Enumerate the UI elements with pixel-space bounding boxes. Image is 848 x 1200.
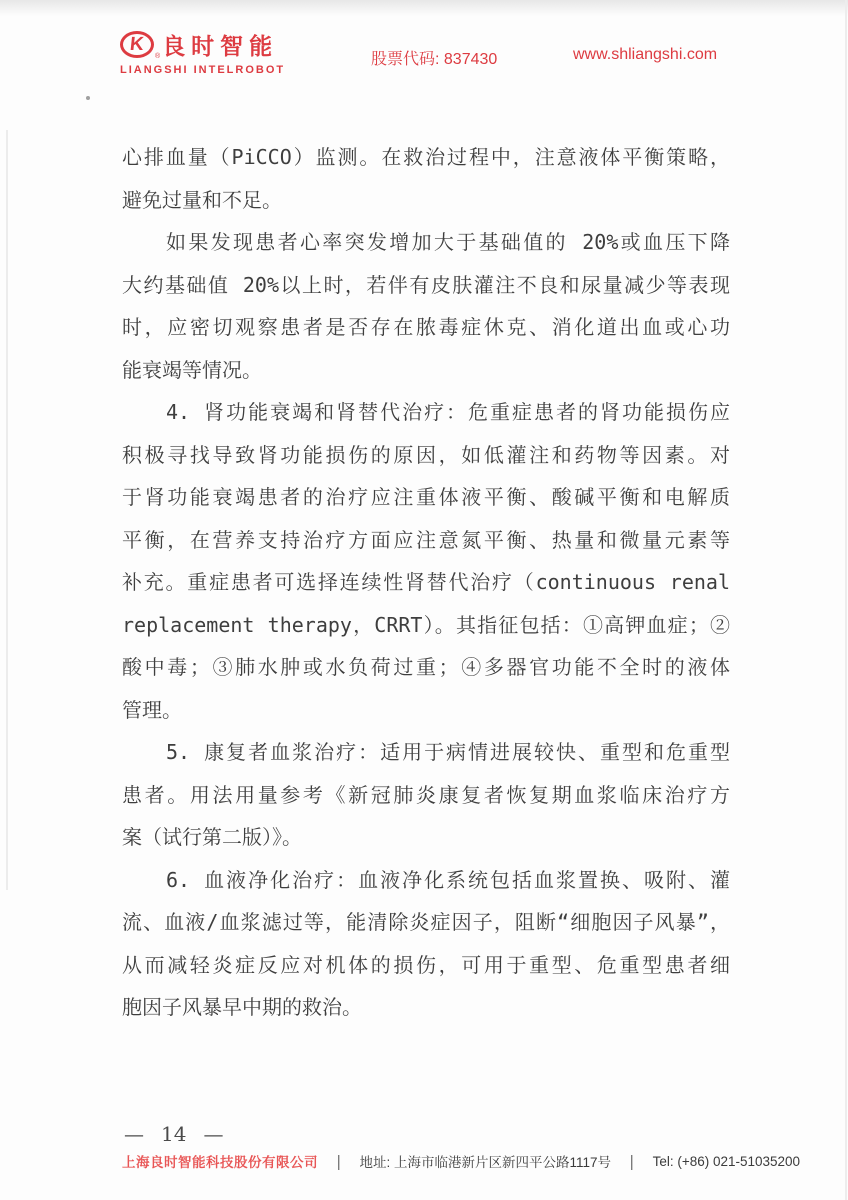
logo-cn-name: 良时智能 xyxy=(162,28,278,61)
scan-top-shade xyxy=(0,0,848,16)
page-footer: 上海良时智能科技股份有限公司 | 地址: 上海市临港新片区新四平公路1117号 … xyxy=(122,1151,722,1171)
body-text-line: 流、血液/血浆滤过等，能清除炎症因子，阻断“细胞因子风暴”， xyxy=(122,901,730,944)
footer-separator: | xyxy=(337,1152,341,1169)
body-text-line: 如果发现患者心率突发增加大于基础值的 20%或血压下降 xyxy=(122,221,730,264)
page-number-value: 14 xyxy=(161,1122,186,1146)
registered-trademark-icon: ® xyxy=(155,53,160,60)
logo-k-icon: K xyxy=(120,31,154,58)
logo-row: K ® 良时智能 xyxy=(120,28,285,60)
footer-telephone: Tel: (+86) 021-51035200 xyxy=(653,1154,801,1169)
footer-separator: | xyxy=(630,1152,634,1169)
body-text-line: 避免过量和不足。 xyxy=(122,179,730,222)
company-logo: K ® 良时智能 LIANGSHI INTELROBOT xyxy=(120,28,285,76)
page-number-dash-right: — xyxy=(203,1122,223,1146)
body-text-line: 大约基础值 20%以上时，若伴有皮肤灌注不良和尿量减少等表现 xyxy=(122,264,730,307)
body-text-line: 胞因子风暴早中期的救治。 xyxy=(122,986,730,1029)
body-text-line: 6. 血液净化治疗：血液净化系统包括血浆置换、吸附、灌 xyxy=(122,859,730,902)
body-text-line: 4. 肾功能衰竭和肾替代治疗：危重症患者的肾功能损伤应 xyxy=(122,391,730,434)
body-text-line: 患者。用法用量参考《新冠肺炎康复者恢复期血浆临床治疗方 xyxy=(122,774,730,817)
document-body: 心排血量（PiCCO）监测。在救治过程中，注意液体平衡策略，避免过量和不足。如果… xyxy=(122,136,730,1029)
body-text-line: 能衰竭等情况。 xyxy=(122,349,730,392)
footer-company-name: 上海良时智能科技股份有限公司 xyxy=(122,1151,318,1171)
stock-code: 股票代码: 837430 xyxy=(371,46,497,69)
scan-edge-line-left xyxy=(6,130,8,890)
body-text-line: 管理。 xyxy=(122,689,730,732)
body-text-line: 时，应密切观察患者是否存在脓毒症休克、消化道出血或心功 xyxy=(122,306,730,349)
body-text-line: 案（试行第二版）》。 xyxy=(122,816,730,859)
page-number-dash-left: — xyxy=(124,1122,144,1146)
page-number: — 14 — xyxy=(124,1122,223,1146)
scan-edge-line-right xyxy=(845,0,847,1200)
scan-artifact-dot xyxy=(86,96,90,100)
logo-k-letter: K xyxy=(129,35,145,54)
body-text-line: 平衡，在营养支持治疗方面应注意氮平衡、热量和微量元素等 xyxy=(122,519,730,562)
website-url: www.shliangshi.com xyxy=(573,46,717,64)
document-page: K ® 良时智能 LIANGSHI INTELROBOT 股票代码: 83743… xyxy=(0,0,848,1200)
body-text-line: 从而减轻炎症反应对机体的损伤，可用于重型、危重型患者细 xyxy=(122,944,730,987)
body-text-line: 于肾功能衰竭患者的治疗应注重体液平衡、酸碱平衡和电解质 xyxy=(122,476,730,519)
body-text-line: replacement therapy，CRRT）。其指征包括：①高钾血症；② xyxy=(122,604,730,647)
body-text-line: 积极寻找导致肾功能损伤的原因，如低灌注和药物等因素。对 xyxy=(122,434,730,477)
body-text-line: 酸中毒；③肺水肿或水负荷过重；④多器官功能不全时的液体 xyxy=(122,646,730,689)
footer-address: 地址: 上海市临港新片区新四平公路1117号 xyxy=(360,1151,612,1171)
body-text-line: 5. 康复者血浆治疗：适用于病情进展较快、重型和危重型 xyxy=(122,731,730,774)
logo-en-name: LIANGSHI INTELROBOT xyxy=(120,64,285,76)
body-text-line: 补充。重症患者可选择连续性肾替代治疗（continuous renal xyxy=(122,561,730,604)
body-text-line: 心排血量（PiCCO）监测。在救治过程中，注意液体平衡策略， xyxy=(122,136,730,179)
